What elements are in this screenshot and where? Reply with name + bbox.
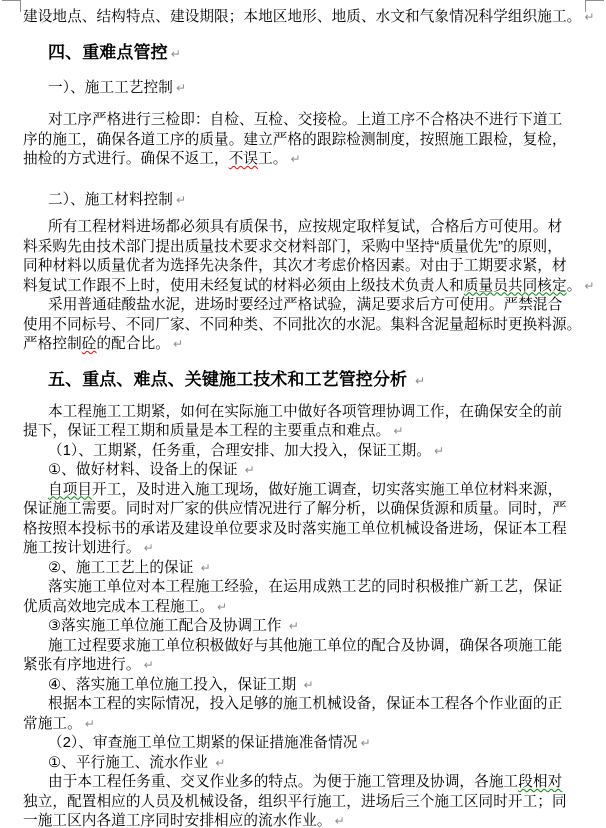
text-line: 常施工。↵ — [23, 715, 583, 735]
text-line: 一施工区内各道工序同时安排相应的流水作业。↵ — [23, 812, 583, 828]
spelling-error-mark: 不误 — [229, 151, 258, 167]
paragraph-mark-icon: ↵ — [176, 193, 186, 207]
text-line: ①、平行施工、流水作业 ↵ — [23, 754, 583, 774]
text-line: ①、做好材料、设备上的保证 ↵ — [23, 461, 583, 481]
spelling-error-mark: 砼 — [82, 336, 97, 352]
text-line: 施工按计划进行。↵ — [23, 539, 583, 559]
paragraph-mark-icon: ↵ — [173, 337, 183, 351]
section-heading: 五、重点、难点、关键施工技术和工艺管控分析 ↵ — [23, 369, 583, 391]
text-line: 严格控制砼的配合比。↵ — [23, 335, 583, 355]
text-line: 料采购先由技术部门提出质量技术要求交材料部门，采购中坚持“质量优先”的原则， — [23, 238, 583, 258]
text-line: 采用普通硅酸盐水泥，进场时要经过严格试验，满足要求后方可使用。严禁混合 — [23, 296, 583, 316]
text-line: 优质高效地完成本工程施工。↵ — [23, 598, 583, 618]
paragraph-mark-icon: ↵ — [361, 736, 371, 750]
text-line: 抽检的方式进行。确保不返工，不误工。↵ — [23, 150, 583, 170]
text-line: 所有工程材料进场都必须具有质保书，应按规定取样复试，合格后方可使用。材 — [23, 218, 583, 238]
text-line: 二）、施工材料控制↵ — [23, 191, 583, 211]
grammar-error-mark: 段相对 — [518, 774, 562, 790]
text-line: 由于本工程任务重、交叉作业多的特点。为便于施工管理及协调，各施工段相对 — [23, 773, 583, 793]
text-line: （1）、工期紧，任务重，合理安排、加大投入，保证工期。↵ — [23, 442, 583, 462]
paragraph-mark-icon: ↵ — [415, 374, 425, 388]
page-margin-crop-mark-top-left — [2, 0, 21, 12]
paragraph-mark-icon: ↵ — [434, 444, 444, 458]
grammar-error-mark: 质量员共同核定 — [464, 278, 567, 294]
paragraph-mark-icon: ↵ — [584, 10, 594, 24]
paragraph-mark-icon: ↵ — [171, 47, 181, 61]
word-document-page: 建设地点、结构特点、建设期限；本地区地形、地质、水文和气象情况科学组织施工。↵四… — [0, 0, 606, 828]
text-line: ③落实施工单位施工配合及协调工作 ↵ — [23, 617, 583, 637]
paragraph-mark-icon: ↵ — [303, 678, 313, 692]
text-line: 使用不同标号、不同厂家、不同种类、不同批次的水泥。集料含泥量超标时更换料源。 — [23, 316, 583, 336]
paragraph-mark-icon: ↵ — [217, 600, 227, 614]
text-line: 格按照本投标书的承诺及建设单位要求及时落实施工单位机械设备进场，保证本工程 — [23, 520, 583, 540]
paragraph-mark-icon: ↵ — [176, 81, 186, 95]
section-heading: 四、重难点管控↵ — [23, 42, 583, 64]
text-line: 施工过程要求施工单位积极做好与其他施工单位的配合及协调，确保各项施工能 — [23, 637, 583, 657]
text-line: 本工程施工工期紧，如何在实际施工中做好各项管理协调工作，在确保安全的前 — [23, 403, 583, 423]
paragraph-mark-icon: ↵ — [584, 279, 594, 293]
text-line: 料复试工作跟不上时，使用未经复试的材料必须由上级技术负责人和质量员共同核定。↵ — [23, 277, 583, 297]
paragraph-mark-icon: ↵ — [201, 561, 211, 575]
paragraph-mark-icon: ↵ — [85, 717, 95, 731]
document-content: 建设地点、结构特点、建设期限；本地区地形、地质、水文和气象情况科学组织施工。↵四… — [23, 8, 583, 828]
text-line: 提下，保证工程工期和质量是本工程的主要重点和难点。↵ — [23, 422, 583, 442]
text-line: 保证施工需要。同时对厂家的供应情况进行了解分析，以确保货源和质量。同时，严 — [23, 500, 583, 520]
paragraph-mark-icon: ↵ — [245, 463, 255, 477]
text-line: （2）、审查施工单位工期紧的保证措施准备情况↵ — [23, 734, 583, 754]
text-line: 根据本工程的实际情况，投入足够的施工机械设备，保证本工程各个作业面的正 — [23, 695, 583, 715]
text-line: 对工序严格进行三检即：自检、互检、交接检。上道工序不合格决不进行下道工 — [23, 111, 583, 131]
text-line: 一）、施工工艺控制↵ — [23, 79, 583, 99]
paragraph-mark-icon: ↵ — [291, 152, 301, 166]
text-line: ④、落实施工单位施工投入，保证工期 ↵ — [23, 676, 583, 696]
text-line: 自项目开工，及时进入施工现场，做好施工调查，切实落实施工单位材料来源， — [23, 481, 583, 501]
grammar-error-mark: 自项目 — [48, 482, 92, 498]
paragraph-mark-icon: ↵ — [393, 424, 403, 438]
text-line: 建设地点、结构特点、建设期限；本地区地形、地质、水文和气象情况科学组织施工。↵ — [23, 8, 583, 28]
text-line: 落实施工单位对本工程施工经验，在运用成熟工艺的同时积极推广新工艺，保证 — [23, 578, 583, 598]
paragraph-mark-icon: ↵ — [215, 756, 225, 770]
text-line: 独立，配置相应的人员及机械设备，组织平行施工，进场后三个施工区同时开工；同 — [23, 793, 583, 813]
text-line: ②、施工工艺上的保证 ↵ — [23, 559, 583, 579]
paragraph-mark-icon: ↵ — [144, 541, 154, 555]
paragraph-mark-icon: ↵ — [289, 619, 299, 633]
paragraph-mark-icon: ↵ — [335, 814, 345, 828]
paragraph-mark-icon: ↵ — [144, 658, 154, 672]
text-line: 紧张有序地进行。↵ — [23, 656, 583, 676]
text-line: 同种材料以质量优者为选择先决条件，其次才考虑价格因素。对由于工期要求紧，材 — [23, 257, 583, 277]
text-line: 序的施工，确保各道工序的质量。建立严格的跟踪检测制度，按照施工跟检，复检， — [23, 131, 583, 151]
